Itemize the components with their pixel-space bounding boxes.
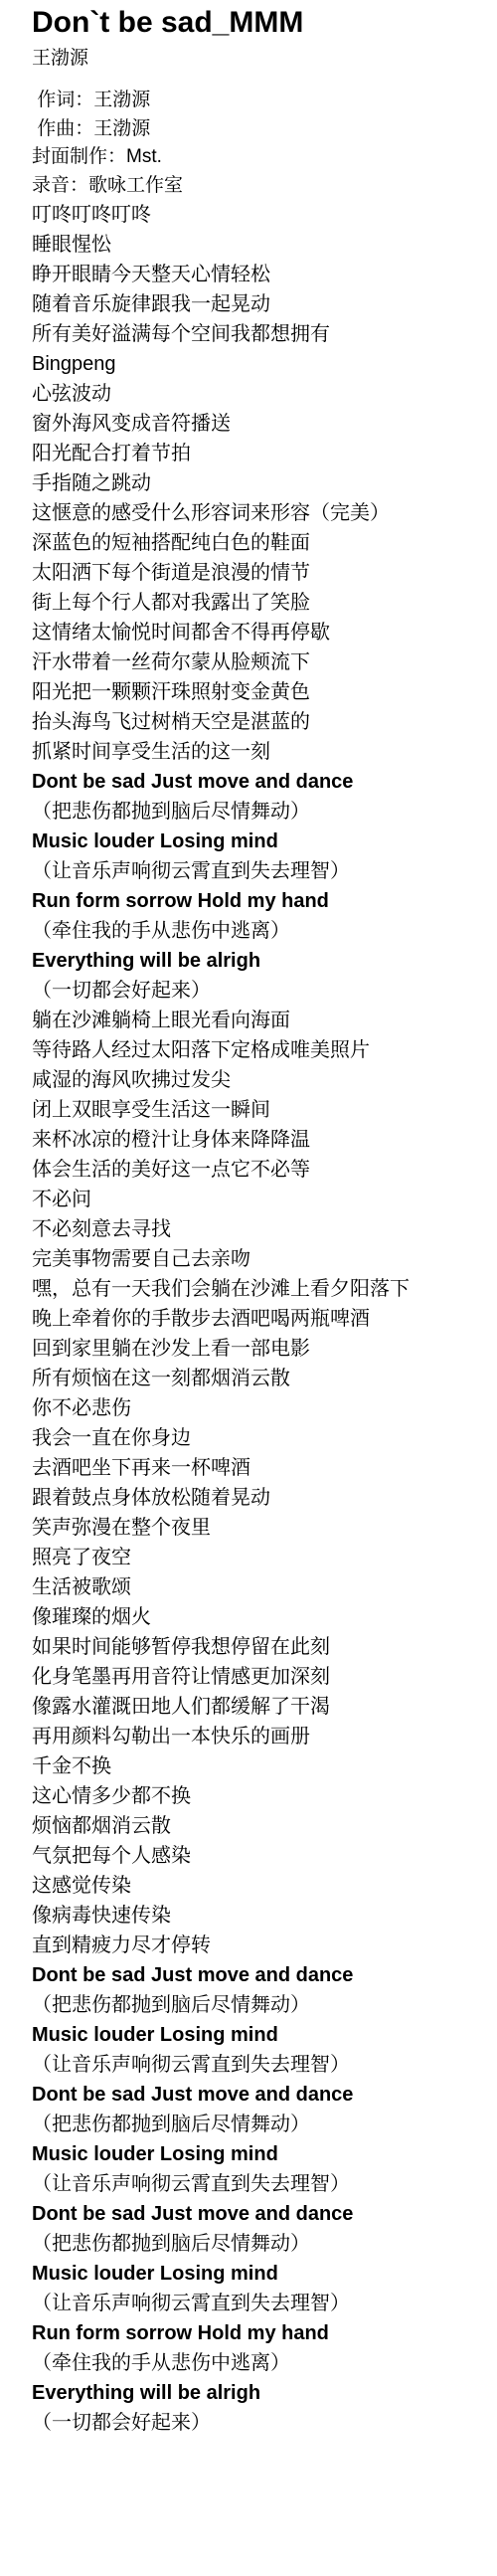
lyric-line: 等待路人经过太阳落下定格成唯美照片 [32,1035,479,1065]
lyric-line: Music louder Losing mind [32,2259,479,2289]
lyric-line: 汗水带着一丝荷尔蒙从脸颊流下 [32,647,479,677]
lyric-line: 睁开眼睛今天整天心情轻松 [32,260,479,289]
lyric-line: 这情绪太愉悦时间都舍不得再停歇 [32,618,479,647]
lyric-line: 躺在沙滩躺椅上眼光看向海面 [32,1006,479,1035]
lyric-line: 窗外海风变成音符播送 [32,409,479,439]
lyric-line: （把悲伤都抛到脑后尽情舞动） [32,1990,479,2020]
lyric-line: Music louder Losing mind [32,2139,479,2169]
lyric-line: Dont be sad Just move and dance [32,2080,479,2110]
lyric-line: 心弦波动 [32,379,479,409]
lyric-line: 去酒吧坐下再来一杯啤酒 [32,1453,479,1483]
lyric-line: 像病毒快速传染 [32,1901,479,1931]
lyric-line: 再用颜料勾勒出一本快乐的画册 [32,1722,479,1751]
lyric-line: 完美事物需要自己去亲吻 [32,1244,479,1274]
lyric-line: 你不必悲伤 [32,1393,479,1423]
lyric-line: Dont be sad Just move and dance [32,767,479,797]
lyric-line: 照亮了夜空 [32,1543,479,1572]
lyric-line: （让音乐声响彻云霄直到失去理智） [32,2050,479,2080]
lyric-line: 随着音乐旋律跟我一起晃动 [32,289,479,319]
lyric-line: 太阳洒下每个街道是浪漫的情节 [32,558,479,588]
lyric-line: 抓紧时间享受生活的这一刻 [32,737,479,767]
lyric-line: Run form sorrow Hold my hand [32,886,479,916]
lyric-line: 这感觉传染 [32,1871,479,1901]
lyric-line: 直到精疲力尽才停转 [32,1931,479,1960]
lyric-line: （牵住我的手从悲伤中逃离） [32,916,479,946]
lyric-line: 来杯冰凉的橙汁让身体来降降温 [32,1125,479,1155]
lyric-line: （一切都会好起来） [32,2408,479,2438]
lyric-line: 体会生活的美好这一点它不必等 [32,1155,479,1185]
lyric-line: 闭上双眼享受生活这一瞬间 [32,1095,479,1125]
lyric-line: Music louder Losing mind [32,2020,479,2050]
page-title: Don`t be sad_MMM [32,6,479,40]
lyric-line: Run form sorrow Hold my hand [32,2318,479,2348]
lyric-line: （把悲伤都抛到脑后尽情舞动） [32,797,479,827]
lyric-line: 生活被歌颂 [32,1572,479,1602]
lyric-line: 回到家里躺在沙发上看一部电影 [32,1334,479,1364]
lyric-line: 不必问 [32,1185,479,1214]
lyric-line: 阳光配合打着节拍 [32,439,479,468]
lyric-line: （让音乐声响彻云霄直到失去理智） [32,2289,479,2318]
meta-line: 录音：歌咏工作室 [32,172,479,201]
lyric-line: 笑声弥漫在整个夜里 [32,1513,479,1543]
lyric-line: 所有美好溢满每个空间我都想拥有 [32,319,479,349]
lyric-line: （把悲伤都抛到脑后尽情舞动） [32,2110,479,2139]
lyric-line: Dont be sad Just move and dance [32,2199,479,2229]
lyric-line: （一切都会好起来） [32,976,479,1006]
lyric-line: 所有烦恼在这一刻都烟消云散 [32,1364,479,1393]
lyric-line: （牵住我的手从悲伤中逃离） [32,2348,479,2378]
meta-line: 作词：王渤源 [32,87,479,115]
lyric-line: 叮咚叮咚叮咚 [32,200,479,230]
lyric-line: 如果时间能够暂停我想停留在此刻 [32,1632,479,1662]
meta-line: 封面制作：Mst. [32,143,479,172]
lyric-line: （让音乐声响彻云霄直到失去理智） [32,2169,479,2199]
lyrics-body: 叮咚叮咚叮咚睡眼惺忪睁开眼睛今天整天心情轻松随着音乐旋律跟我一起晃动所有美好溢满… [32,200,479,2438]
lyric-line: 咸湿的海风吹拂过发尖 [32,1065,479,1095]
lyric-line: Dont be sad Just move and dance [32,1960,479,1990]
lyric-line: 千金不换 [32,1751,479,1781]
lyric-line: 睡眼惺忪 [32,230,479,260]
lyric-line: Bingpeng [32,349,479,379]
lyric-line: 晚上牵着你的手散步去酒吧喝两瓶啤酒 [32,1304,479,1334]
lyric-line: 烦恼都烟消云散 [32,1811,479,1841]
lyric-line: 抬头海鸟飞过树梢天空是湛蓝的 [32,707,479,737]
lyric-line: 这惬意的感受什么形容词来形容（完美） [32,498,479,528]
lyric-line: （让音乐声响彻云霄直到失去理智） [32,856,479,886]
lyric-line: Music louder Losing mind [32,827,479,856]
lyric-line: 手指随之跳动 [32,468,479,498]
lyric-line: 像璀璨的烟火 [32,1602,479,1632]
lyric-line: 跟着鼓点身体放松随着晃动 [32,1483,479,1513]
lyric-line: Everything will be alrigh [32,2378,479,2408]
lyric-line: 深蓝色的短袖搭配纯白色的鞋面 [32,528,479,558]
lyric-line: 化身笔墨再用音符让情感更加深刻 [32,1662,479,1692]
lyric-line: 像露水灌溉田地人们都缓解了干渴 [32,1692,479,1722]
lyric-line: 这心情多少都不换 [32,1781,479,1811]
lyric-line: （把悲伤都抛到脑后尽情舞动） [32,2229,479,2259]
lyrics-page: Don`t be sad_MMM 王渤源 作词：王渤源 作曲：王渤源封面制作：M… [0,0,497,2438]
meta-line: 作曲：王渤源 [32,115,479,144]
artist-name: 王渤源 [32,46,479,72]
song-meta: 作词：王渤源 作曲：王渤源封面制作：Mst.录音：歌咏工作室 [32,87,479,200]
lyric-line: 街上每个行人都对我露出了笑脸 [32,588,479,618]
lyric-line: 我会一直在你身边 [32,1423,479,1453]
lyric-line: 不必刻意去寻找 [32,1214,479,1244]
lyric-line: 阳光把一颗颗汗珠照射变金黄色 [32,677,479,707]
lyric-line: Everything will be alrigh [32,946,479,976]
lyric-line: 嘿，总有一天我们会躺在沙滩上看夕阳落下 [32,1274,479,1304]
lyric-line: 气氛把每个人感染 [32,1841,479,1871]
